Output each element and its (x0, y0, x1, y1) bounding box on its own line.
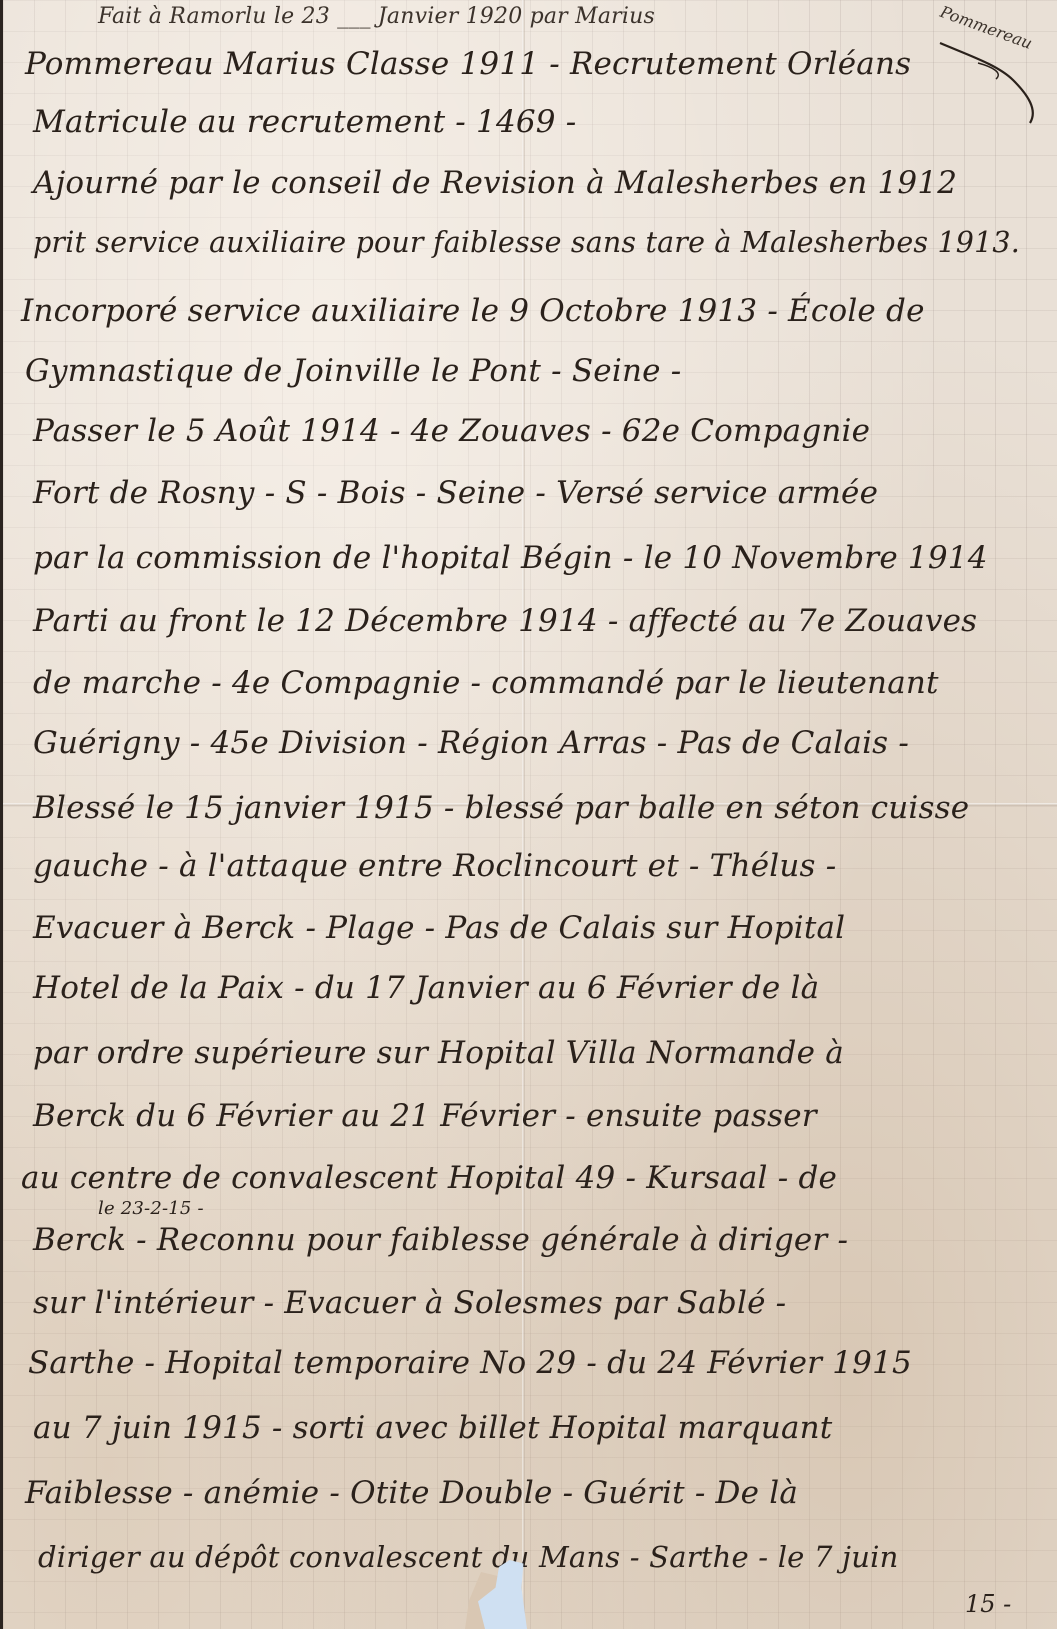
page-end-mark: 15 - (965, 1590, 1011, 1618)
text-line-24: Faiblesse - anémie - Otite Double - Guér… (25, 1475, 798, 1511)
text-line-21: sur l'intérieur - Evacuer à Solesmes par… (33, 1285, 786, 1321)
text-line-18: Berck du 6 Février au 21 Février - ensui… (33, 1098, 817, 1134)
text-line-9: par la commission de l'hopital Bégin - l… (33, 540, 988, 576)
text-line-3: Ajourné par le conseil de Revision à Mal… (33, 165, 957, 201)
text-line-6: Gymnastique de Joinville le Pont - Seine… (25, 353, 681, 389)
text-line-8: Fort de Rosny - S - Bois - Seine - Versé… (33, 475, 878, 511)
text-line-1: Pommereau Marius Classe 1911 - Recruteme… (25, 46, 911, 82)
text-line-4: prit service auxiliaire pour faiblesse s… (33, 225, 1020, 259)
document-page: Fait à Ramorlu le 23 ___ Janvier 1920 pa… (0, 0, 1057, 1629)
text-line-14: gauche - à l'attaque entre Roclincourt e… (33, 848, 836, 884)
text-line-12: Guérigny - 45e Division - Région Arras -… (33, 725, 909, 761)
text-line-20: Berck - Reconnu pour faiblesse générale … (33, 1222, 848, 1258)
text-line-11: de marche - 4e Compagnie - commandé par … (33, 665, 939, 701)
text-line-5: Incorporé service auxiliaire le 9 Octobr… (21, 293, 925, 329)
text-line-7: Passer le 5 Août 1914 - 4e Zouaves - 62e… (33, 413, 870, 449)
text-line-17: par ordre supérieure sur Hopital Villa N… (33, 1035, 844, 1071)
text-line-13: Blessé le 15 janvier 1915 - blessé par b… (33, 790, 969, 826)
text-line-10: Parti au front le 12 Décembre 1914 - aff… (33, 603, 977, 639)
text-line-15: Evacuer à Berck - Plage - Pas de Calais … (33, 910, 845, 946)
header-line: Fait à Ramorlu le 23 ___ Janvier 1920 pa… (98, 4, 655, 29)
interlinear-date: le 23-2-15 - (98, 1198, 204, 1219)
text-line-25: diriger au dépôt convalescent du Mans - … (38, 1540, 898, 1574)
text-line-16: Hotel de la Paix - du 17 Janvier au 6 Fé… (33, 970, 819, 1006)
text-line-23: au 7 juin 1915 - sorti avec billet Hopit… (33, 1410, 832, 1446)
signature-flourish-icon (938, 35, 1048, 125)
text-line-19: au centre de convalescent Hopital 49 - K… (21, 1160, 837, 1196)
text-line-2: Matricule au recrutement - 1469 - (33, 104, 576, 140)
text-line-22: Sarthe - Hopital temporaire No 29 - du 2… (28, 1345, 912, 1381)
